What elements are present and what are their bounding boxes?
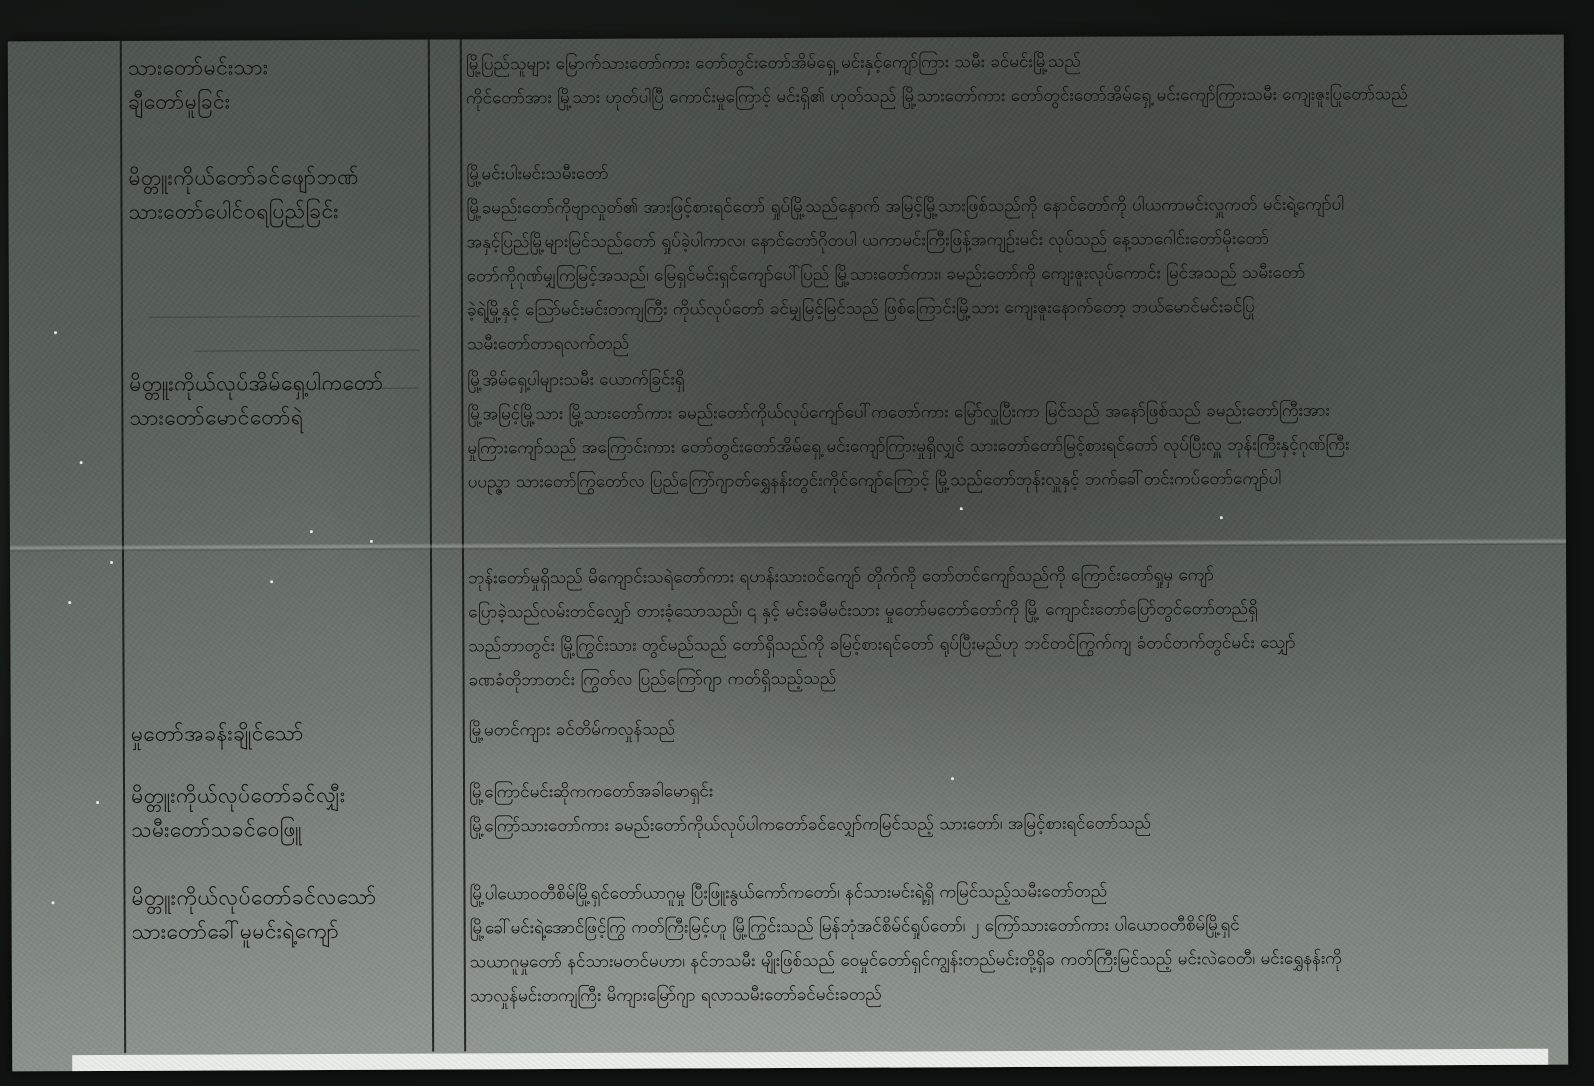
entry-line: ပပည္ဇာ သားတော်ကြွတော်လ ပြည်ကြော်ဂျာတ်ရွှ… [468, 463, 1526, 502]
entry-line: ၁မြို့ပါယောဝတီစိမ်မြို့ရှင်တော်ယာဂူမှု ပ… [469, 875, 1527, 914]
section-heading: မိတ္တူးကိုယ်လုပ်အိမ်ရှေ့ပါကတော် သားတော်မ… [129, 366, 425, 435]
entry-line: ၁မြို့အိမ်ရှေ့ပါများသမီး ယောက်ခြင်းရှိ [467, 361, 1525, 400]
section-entries: ၁မြို့ပြည်သူများ မြောက်သားတော်ကား တော်တွ… [466, 45, 1524, 118]
entry-line: ခဏခံတိုဘာတင်း ကြွတ်လ ပြည်ကြော်ဂျာ ကတ်ရှိ… [468, 661, 1526, 700]
manuscript-photo: သားတော်မင်းသား ချီတော်မူခြင်း ၁မြို့ပြည်… [0, 0, 1594, 1086]
entry-line: သယာဂူမှုတော် နင်သားမတင်မဟာ၊ နင်ဘသမီး မျိ… [470, 943, 1528, 982]
entry-line: ၁မြို့ပြည်သူများ မြောက်သားတော်ကား တော်တွ… [466, 45, 1524, 84]
entry-line: ၂မြို့ခမည်းတော်ကိုဗျာလှုတ်၏ အားဖြင့်စားရ… [466, 189, 1524, 228]
entry-line: တော်ကိုဂုဏ်မျှကြမြင့်အသည်၊ မြေရှင်မင်းရှ… [467, 257, 1525, 296]
entry-line: ဘုန်းတော်မှုရှိသည် မိကျောင်းသရဲတော်ကား ရ… [468, 559, 1526, 598]
section-heading: မိတ္တူးကိုယ်လုပ်တော်ခင်လျှီး သမီးတော်သခင… [131, 778, 427, 847]
register-section-2: မိတ္တူးကိုယ်တော်ခင်ဖျော်ဘဏ် သားတော်ပေါင်… [8, 155, 1564, 162]
entry-line: ၂မြို့ခေါ်မင်းရဲ့အောင်ဖြင့်ကြွ ကတ်ကြီးမြ… [470, 909, 1528, 948]
entry-line: ပြောခဲ့သည်လမ်းတင်လျှော် တားခံ့သောသည်၊ ၎ … [468, 593, 1526, 632]
manuscript-sheet: သားတော်မင်းသား ချီတော်မူခြင်း ၁မြို့ပြည်… [8, 35, 1568, 1072]
entry-line: သာလှုန်မင်းတကျကြီး မိကျားမြော်ဂျာ ရလာသမီ… [470, 977, 1528, 1016]
entry-line: သည်ဘာတွင်း မြို့ကြွင်းသား တွင်မည်သည် တော… [468, 627, 1526, 666]
register-section-4: မှုတော်အခန်းချိုင်သော် ၁မြို့မတင်ကျား ခင… [11, 711, 1567, 718]
section-entries: ၁မြို့ကြောင်မင်းဆိုကကတော်အခါမောရှင်း ၂မြ… [469, 773, 1527, 846]
section-entries: ၁မြို့မင်းပါးမင်းသမီးတော် ၂မြို့ခမည်းတော… [466, 155, 1525, 364]
register-section-6: မိတ္တူးကိုယ်လုပ်တော်ခင်လသော် သားတော်ခေါ်… [11, 875, 1567, 882]
entry-line: အနှင့်ပြည်မြို့များမြင်သည်တော် ရှုပ်ခဲ့ပ… [467, 223, 1525, 262]
section-entries: ၁မြို့မတင်ကျား ခင်တိမ်ကလှုန်သည် [469, 711, 1527, 750]
register-section-1: သားတော်မင်းသား ချီတော်မူခြင်း ၁မြို့ပြည်… [8, 45, 1564, 52]
section-entries: ၁မြို့ပါယောဝတီစိမ်မြို့ရှင်တော်ယာဂူမှု ပ… [469, 875, 1528, 1016]
section-heading: မှုတော်အခန်းချိုင်သော် [131, 716, 427, 751]
section-heading: မိတ္တူးကိုယ်လုပ်တော်ခင်လသော် သားတော်ခေါ်… [131, 880, 427, 949]
entry-line: ၁မြို့ကြောင်မင်းဆိုကကတော်အခါမောရှင်း [469, 773, 1527, 812]
section-entries: ၁မြို့အိမ်ရှေ့ပါများသမီး ယောက်ခြင်းရှိ ၂… [467, 361, 1526, 700]
register-section-5: မိတ္တူးကိုယ်လုပ်တော်ခင်လျှီး သမီးတော်သခင… [11, 773, 1567, 780]
section-heading: သားတော်မင်းသား ချီတော်မူခြင်း [128, 50, 424, 119]
entry-line: ၂ကိုင်တော်အား မြို့သား ဟုတ်ပါပြီ ကောင်းမ… [466, 79, 1524, 118]
ruled-line [194, 350, 419, 352]
film-dust-specks [8, 35, 1564, 42]
entry-line: ခဲ့ရဲ့မြို့နှင့် သြော်မင်းမင်းတကျကြီး ကိ… [467, 291, 1525, 330]
entry-line: ၂မြို့ကြော်သားတော်ကား ခမည်းတော်ကိုယ်လုပ်… [469, 807, 1527, 846]
ruled-line [149, 316, 419, 318]
section-heading: မိတ္တူးကိုယ်တော်ခင်ဖျော်ဘဏ် သားတော်ပေါင်… [128, 160, 424, 229]
entry-line: ၂မြို့အမြင့်မြို့သား မြို့သားတော်ကား ခမည… [467, 395, 1525, 434]
page-bottom-edge [72, 1049, 1548, 1071]
entry-line: သမီးတော်တာရလက်တည် [467, 325, 1525, 364]
entry-line: ၁မြို့မင်းပါးမင်းသမီးတော် [466, 155, 1524, 194]
entry-line: မှုကြားကျော်သည် အကြောင်းကား တော်တွင်းတော… [467, 429, 1525, 468]
entry-line: ၁မြို့မတင်ကျား ခင်တိမ်ကလှုန်သည် [469, 711, 1527, 750]
